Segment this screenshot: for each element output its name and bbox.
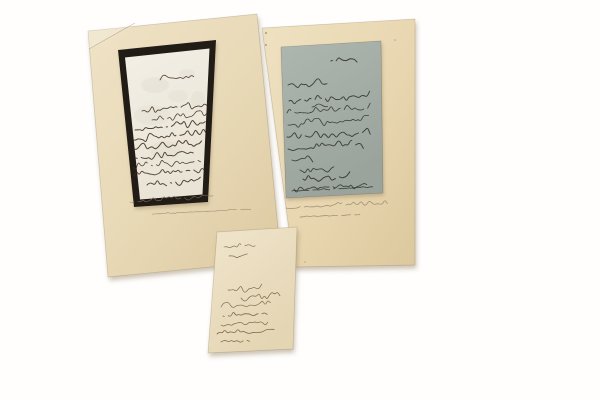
blue-letter-paper: [281, 41, 383, 198]
white-letter-paper: [125, 49, 210, 200]
pin-hole-speck: [265, 44, 267, 46]
pin-hole-speck: [265, 32, 267, 34]
paper-speck: [304, 261, 305, 262]
bottom-letter-sheet: [208, 227, 297, 353]
photo-canvas: [0, 0, 600, 400]
bottom-letter-card: [208, 227, 297, 353]
paper-speck: [394, 39, 396, 41]
photo-of-three-letters: Photograph of three small handwritten le…: [0, 0, 600, 400]
